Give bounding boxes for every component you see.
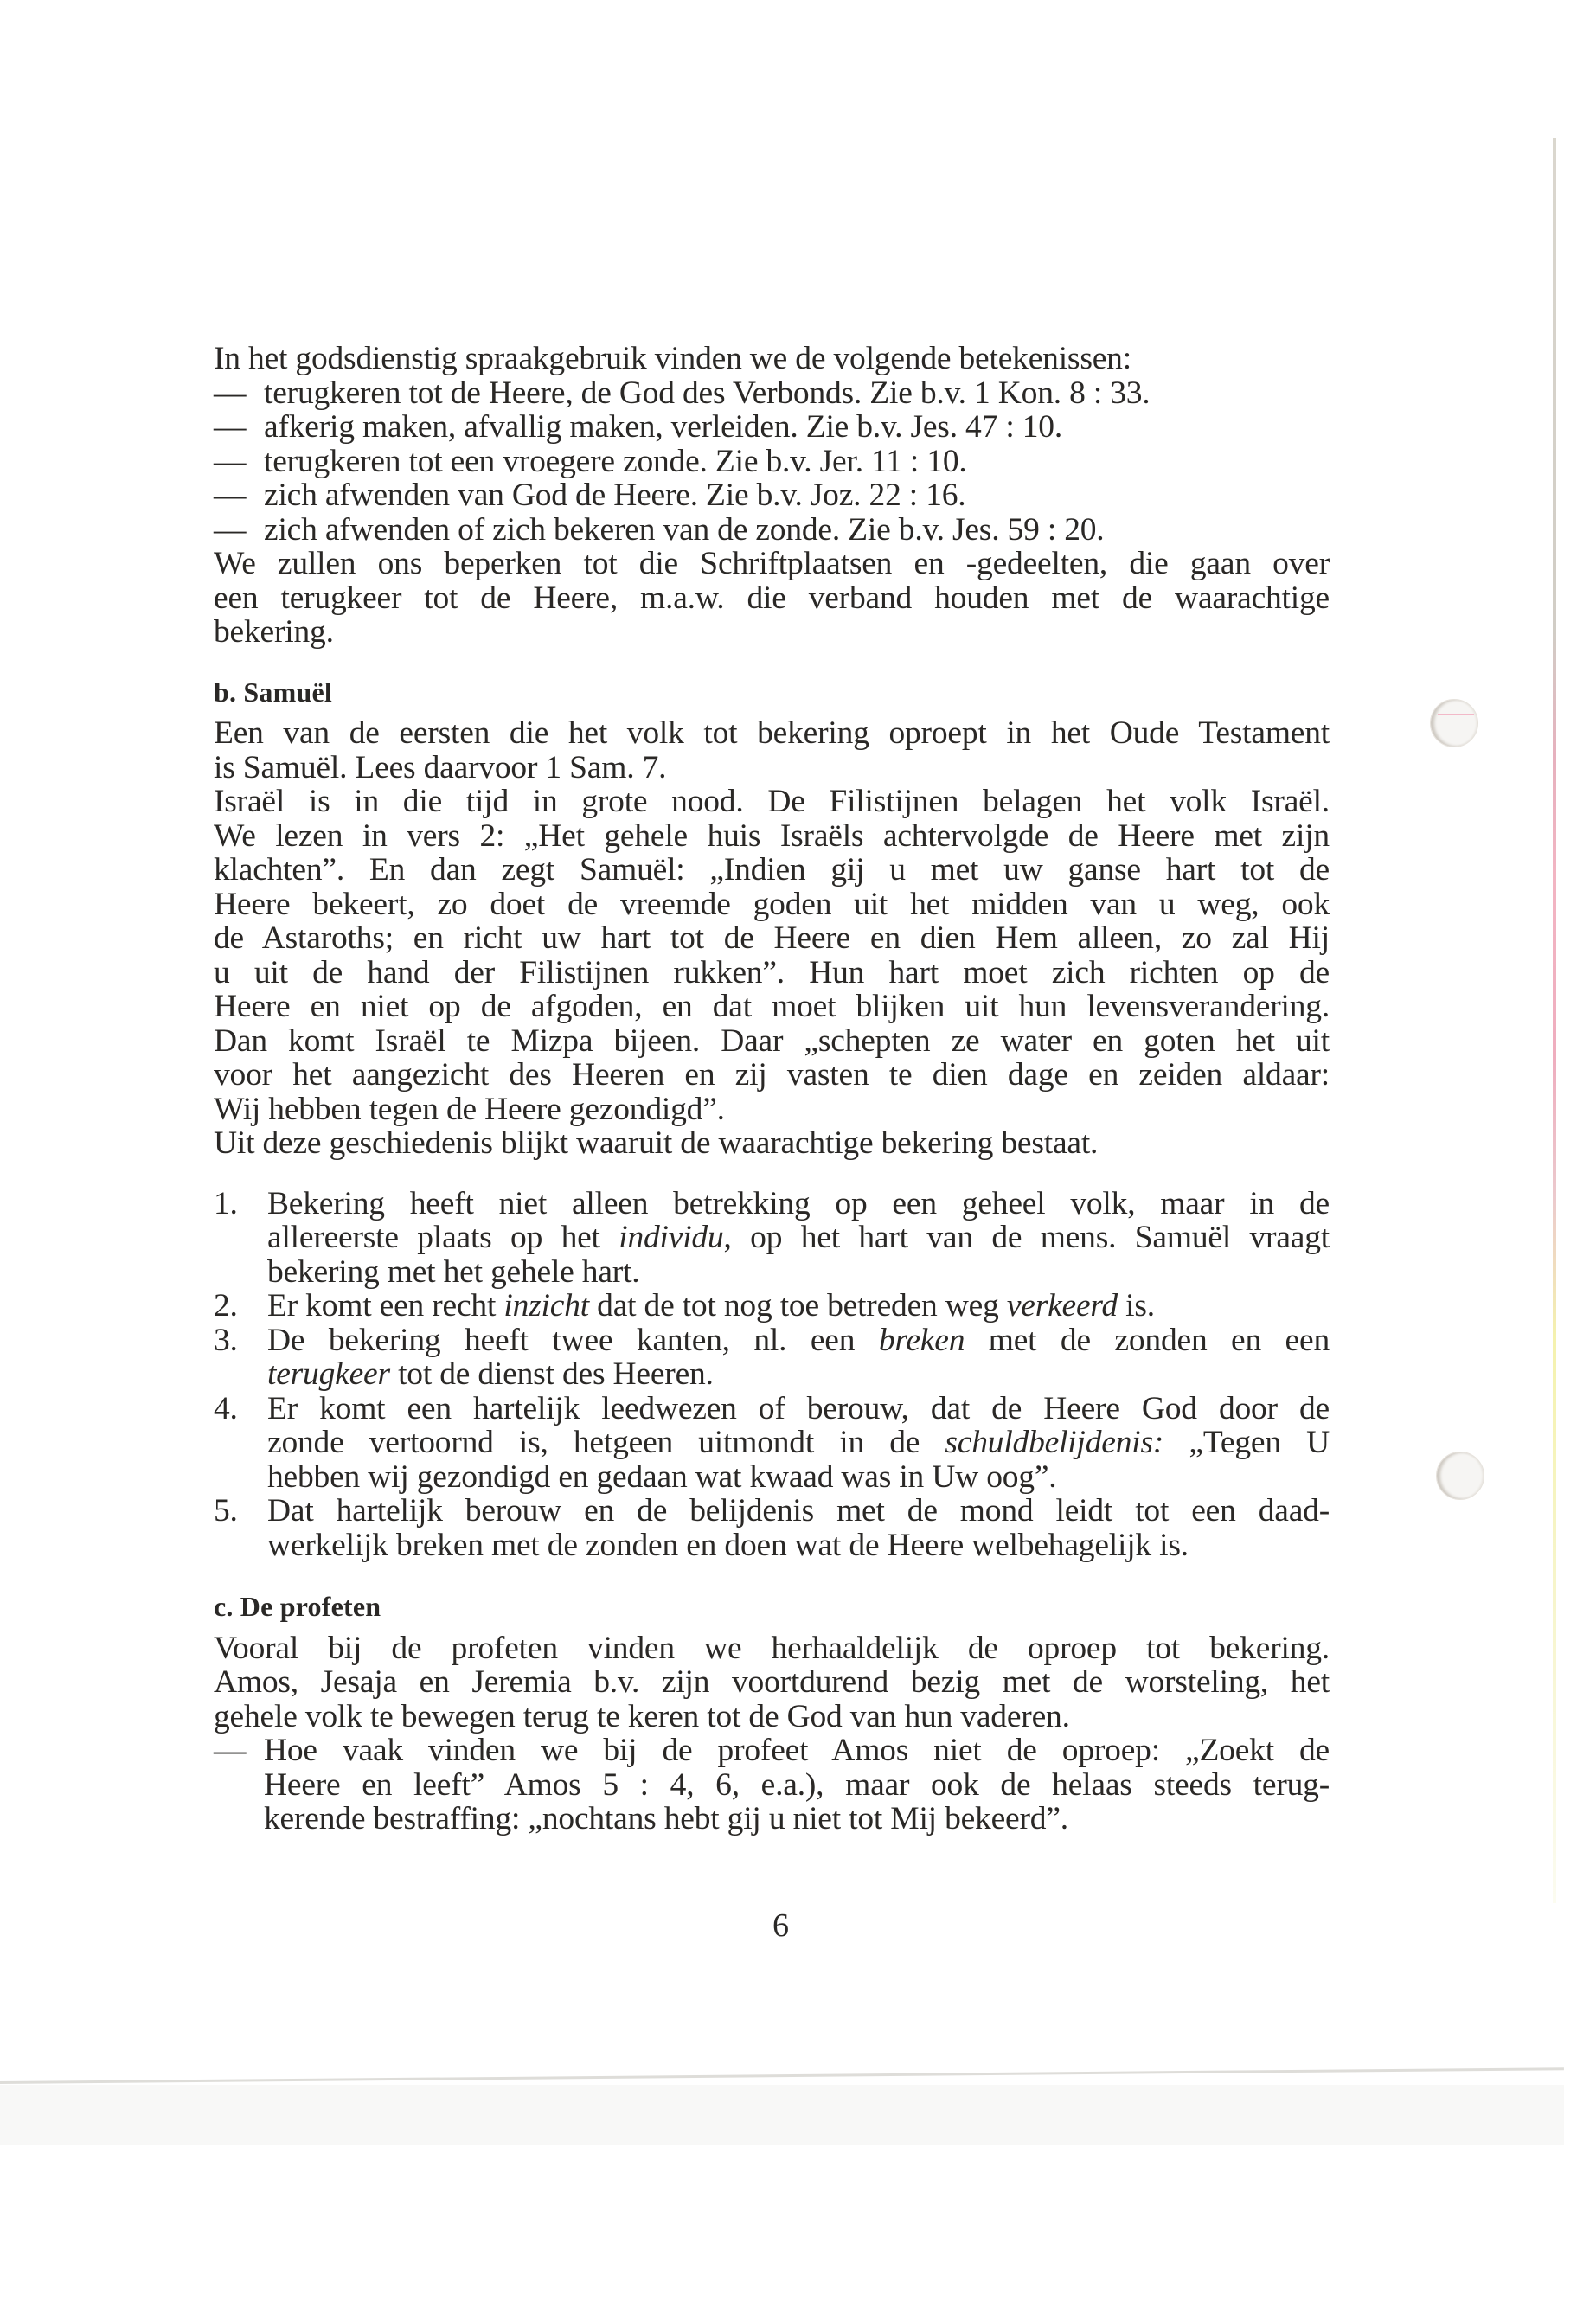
text-line: Uit deze geschiedenis blijkt waaruit de … [214,1126,1330,1161]
text-line: de Astaroths; en richt uw hart tot de He… [214,921,1330,956]
list-number: 1. [214,1187,238,1221]
text-line: Heere en niet op de afgoden, en dat moet… [214,990,1330,1024]
section-heading-profeten: c. De profeten [214,1590,1330,1625]
numbered-list: 1. Bekering heeft niet alleen betrekking… [214,1187,1330,1563]
meaning-item: —zich afwenden van God de Heere. Zie b.v… [214,478,1330,513]
list-item-2: 2. Er komt een recht inzicht dat de tot … [214,1289,1330,1324]
list-number: 5. [214,1494,238,1529]
text-line: Dan komt Israël te Mizpa bijeen. Daar „s… [214,1024,1330,1059]
dash-bullet-icon: — [214,376,246,411]
page-bottom-shade [0,2085,1564,2145]
text-line: voor het aangezicht des Heeren en zij va… [214,1058,1330,1093]
dash-bullet-icon: — [214,513,246,548]
intro-lead: In het godsdienstig spraakgebruik vinden… [214,342,1330,376]
text-line: We zullen ons beperken tot die Schriftpl… [214,547,1330,581]
list-number: 4. [214,1392,238,1426]
page-edge-right [1553,138,1556,1903]
text-line: gehele volk te bewegen terug te keren to… [214,1700,1330,1734]
list-number: 2. [214,1289,238,1324]
text-line: u uit de hand der Filistijnen rukken”. H… [214,956,1330,990]
meaning-item: —afkerig maken, afvallig maken, verleide… [214,410,1330,445]
dash-paragraph: — Hoe vaak vinden we bij de profeet Amos… [214,1734,1330,1836]
text-line: Amos, Jesaja en Jeremia b.v. zijn voortd… [214,1665,1330,1700]
dash-bullet-icon: — [214,478,246,513]
text-line: We lezen in vers 2: „Het gehele huis Isr… [214,819,1330,854]
list-number: 3. [214,1324,238,1358]
list-item-1: 1. Bekering heeft niet alleen betrekking… [214,1187,1330,1290]
text-line: bekering. [214,615,1330,650]
meaning-item: —zich afwenden of zich bekeren van de zo… [214,513,1330,548]
meanings-list: —terugkeren tot de Heere, de God des Ver… [214,376,1330,548]
text-line: een terugkeer tot de Heere, m.a.w. die v… [214,581,1330,616]
page-edge-bottom [0,2067,1564,2084]
section-c-text: Vooral bij de profeten vinden we herhaal… [214,1631,1330,1836]
meaning-item: —terugkeren tot de Heere, de God des Ver… [214,376,1330,411]
section-heading-samuel: b. Samuël [214,676,1330,710]
text-line: Israël is in die tijd in grote nood. De … [214,785,1330,819]
list-item-3: 3. De bekering heeft twee kanten, nl. ee… [214,1324,1330,1392]
list-item-5: 5. Dat hartelijk berouw en de belijdenis… [214,1494,1330,1562]
text-line: Een van de eersten die het volk tot beke… [214,716,1330,751]
meaning-item: —terugkeren tot een vroegere zonde. Zie … [214,445,1330,479]
punch-hole-icon [1436,1452,1484,1500]
punch-hole-icon [1430,699,1478,747]
dash-bullet-icon: — [214,445,246,479]
intro-closing: We zullen ons beperken tot die Schriftpl… [214,547,1330,650]
text-line: klachten”. En dan zegt Samuël: „Indien g… [214,853,1330,888]
list-item-4: 4. Er komt een hartelijk leedwezen of be… [214,1392,1330,1495]
section-b-text: Een van de eersten die het volk tot beke… [214,716,1330,1161]
document-body: In het godsdienstig spraakgebruik vinden… [214,342,1330,1836]
text-line: Wij hebben tegen de Heere gezondigd”. [214,1093,1330,1127]
dash-bullet-icon: — [214,1734,246,1768]
text-line: Heere bekeert, zo doet de vreemde goden … [214,888,1330,922]
text-line: is Samuël. Lees daarvoor 1 Sam. 7. [214,751,1330,785]
dash-bullet-icon: — [214,410,246,445]
page-number: 6 [772,1907,789,1945]
text-line: Vooral bij de profeten vinden we herhaal… [214,1631,1330,1666]
